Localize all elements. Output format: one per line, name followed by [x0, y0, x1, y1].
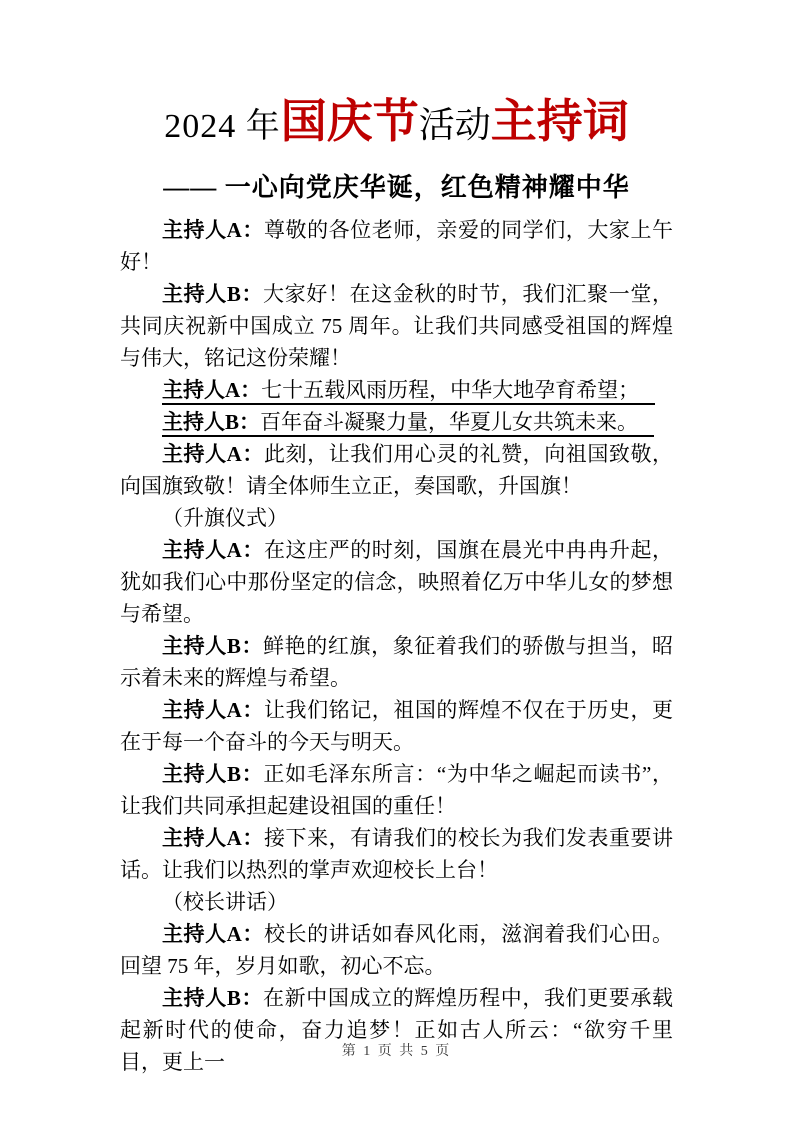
speaker-label: 主持人A： [162, 218, 264, 242]
paragraph-text: （校长讲话） [162, 890, 288, 914]
speaker-label: 主持人B： [162, 282, 263, 306]
paragraph-text: 七十五载风雨历程，中华大地孕育希望； [261, 378, 639, 402]
paragraph: 主持人A：在这庄严的时刻，国旗在晨光中冉冉升起，犹如我们心中那份坚定的信念，映照… [120, 534, 673, 630]
document-title: 2024 年国庆节活动主持词 [120, 0, 673, 169]
document-content: 2024 年国庆节活动主持词 —— 一心向党庆华诞，红色精神耀中华 主持人A：尊… [120, 0, 673, 1078]
paragraph-text: 百年奋斗凝聚力量，华夏儿女共筑未来。 [260, 410, 638, 434]
document-body: 主持人A：尊敬的各位老师，亲爱的同学们，大家上午好！ 主持人B：大家好！在这金秋… [120, 214, 673, 1078]
speaker-label: 主持人A： [162, 538, 264, 562]
speaker-label: 主持人A： [162, 442, 264, 466]
paragraph: 主持人B：大家好！在这金秋的时节，我们汇聚一堂，共同庆祝新中国成立 75 周年。… [120, 278, 673, 374]
title-year-segment: 2024 年 [164, 108, 281, 145]
paragraph: 主持人A：校长的讲话如春风化雨，滋润着我们心田。回望 75 年，岁月如歌，初心不… [120, 918, 673, 982]
speaker-label: 主持人A： [162, 826, 264, 850]
speaker-label: 主持人A： [162, 378, 261, 402]
paragraph-text: （升旗仪式） [162, 506, 288, 530]
paragraph: 主持人A：接下来，有请我们的校长为我们发表重要讲话。让我们以热烈的掌声欢迎校长上… [120, 822, 673, 886]
paragraph: 主持人B：正如毛泽东所言：“为中华之崛起而读书”，让我们共同承担起建设祖国的重任… [120, 758, 673, 822]
paragraph-underlined: 主持人A：七十五载风雨历程，中华大地孕育希望； [120, 374, 673, 406]
paragraph: 主持人B：在新中国成立的辉煌历程中，我们更要承载起新时代的使命，奋力追梦！正如古… [120, 982, 673, 1078]
paragraph: 主持人A：此刻，让我们用心灵的礼赞，向祖国致敬，向国旗致敬！请全体师生立正，奏国… [120, 438, 673, 502]
stage-direction: （校长讲话） [120, 886, 673, 918]
document-page: 2024 年国庆节活动主持词 —— 一心向党庆华诞，红色精神耀中华 主持人A：尊… [0, 0, 793, 1122]
title-red-segment-1: 国庆节 [281, 96, 419, 147]
page-footer: 第 1 页 共 5 页 [0, 1040, 793, 1060]
speaker-label: 主持人A： [162, 698, 264, 722]
speaker-label: 主持人B： [162, 762, 263, 786]
title-black-segment: 活动 [419, 105, 491, 145]
speaker-label: 主持人B： [162, 634, 263, 658]
speaker-label: 主持人B： [162, 410, 260, 434]
speaker-label: 主持人B： [162, 986, 263, 1010]
paragraph: 主持人A：让我们铭记，祖国的辉煌不仅在于历史，更在于每一个奋斗的今天与明天。 [120, 694, 673, 758]
paragraph: 主持人B：鲜艳的红旗，象征着我们的骄傲与担当，昭示着未来的辉煌与希望。 [120, 630, 673, 694]
title-red-segment-2: 主持词 [491, 96, 629, 147]
stage-direction: （升旗仪式） [120, 502, 673, 534]
speaker-label: 主持人A： [162, 922, 264, 946]
document-subtitle: —— 一心向党庆华诞，红色精神耀中华 [120, 169, 673, 207]
paragraph-underlined: 主持人B：百年奋斗凝聚力量，华夏儿女共筑未来。 [120, 406, 673, 438]
paragraph: 主持人A：尊敬的各位老师，亲爱的同学们，大家上午好！ [120, 214, 673, 278]
